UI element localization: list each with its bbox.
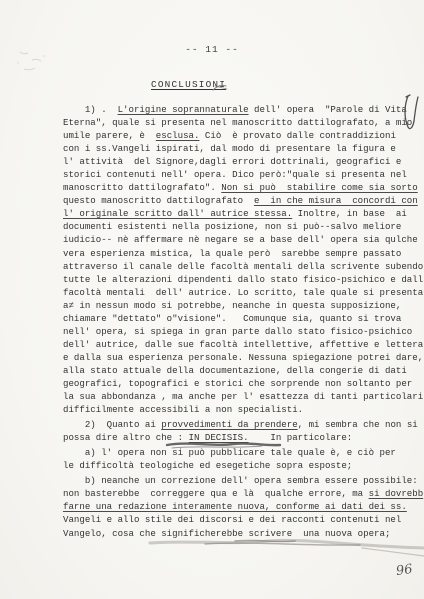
text-line: chiamare "dettato" o"visione". Comunque … [63,312,424,325]
document-body: 1) . L'origine soprannaturale dell' oper… [63,103,424,542]
text-line: e dalla sua esperienza personale. Nessun… [63,351,424,364]
text-line: iudicio-- nè affermare nè negare se a ba… [63,233,424,246]
text-line: nell' opera, si spiega in gran parte dal… [63,325,424,338]
text-line: attraverso il canale delle facoltà menta… [63,260,424,273]
text-line: storici contenuti nell' opera. Dico però… [63,168,424,181]
text-line: possa dire altro che : IN DECISIS. In pa… [63,431,424,444]
text-line: le difficoltà teologiche ed esegetiche s… [63,459,424,472]
text-line: facoltà mentali dell' autrice. Lo scritt… [63,286,424,299]
text-line: dell' autrice, dalle sue facoltà intelle… [63,338,424,351]
text-line: farne una redazione interamente nuova, c… [63,500,424,513]
text-line: a) l' opera non si può pubblicare tale q… [63,446,424,459]
handwritten-page-number: 96 [395,562,413,579]
paragraph: 1) . L'origine soprannaturale dell' oper… [63,103,424,416]
text-line: Vangelo, cosa che significherebbe scrive… [63,527,424,540]
text-line: a≠ in nessun modo si potrebbe, neanche i… [63,299,424,312]
text-line: Vangeli e allo stile dei discorsi e dei … [63,513,424,526]
text-line: l' originale scritto dall' autrice stess… [63,207,424,220]
text-line: difficilmente accessibili a non speciali… [63,403,424,416]
paragraph: a) l' opera non si può pubblicare tale q… [63,446,424,472]
text-line: tutte le alterazioni dipendenti dallo st… [63,273,424,286]
text-line: geografici, topografici e storici che so… [63,377,424,390]
text-line: manoscritto dattilografato". Non si può … [63,181,424,194]
text-line: 1) . L'origine soprannaturale dell' oper… [63,103,424,116]
pencil-smudge-line-mark [150,540,424,556]
paragraph: b) neanche un correzione dell' opera sem… [63,474,424,539]
text-line: con i ss.Vangeli ispirati, dal modo di p… [63,142,424,155]
text-line: umile parere, è esclusa. Ciò è provato d… [63,129,424,142]
text-line: la sua abbondanza , ma anche per l' esat… [63,390,424,403]
text-line: b) neanche un correzione dell' opera sem… [63,474,424,487]
text-line: 2) Quanto ai provvedimenti da prendere, … [63,418,424,431]
page-header: -- 11 -- [0,44,424,55]
text-line: questo manoscritto dattilografato e in c… [63,194,424,207]
text-line: alla stato attuale della documentazione,… [63,364,424,377]
paragraph: 2) Quanto ai provvedimenti da prendere, … [63,418,424,444]
text-line: non basterebbe correggere qua e là qualc… [63,487,424,500]
section-title: CONCLUSIONI [151,79,226,90]
scanned-document-page: -- 11 -- CONCLUSIONI 1) . L'origine sopr… [0,0,424,599]
text-line: vera esperienza mistica, la quale però s… [63,247,424,260]
text-line: l' attività del Signore,dagli errori dot… [63,155,424,168]
text-line: Eterna", quale si presenta nel manoscrit… [63,116,424,129]
text-line: documenti esistenti nella posizione, non… [63,220,424,233]
